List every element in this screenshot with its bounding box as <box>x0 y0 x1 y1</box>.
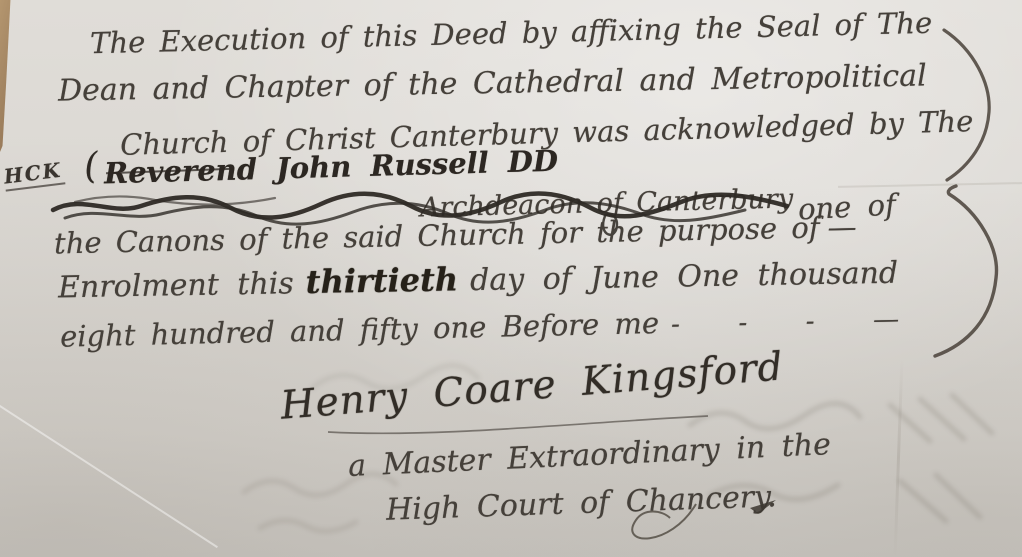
paper-crease-diagonal <box>0 394 218 548</box>
paper-crease-horizontal <box>838 182 1022 188</box>
signature-henry-kingsford: Henry Coare Kingsford <box>279 344 785 428</box>
ink-bleed-through <box>670 385 1015 550</box>
enrolment-before: Enrolment this <box>58 266 294 305</box>
year-text: eight hundred and fifty one Before me <box>60 306 660 354</box>
right-brace-upper <box>930 20 1020 360</box>
paper-crease-vertical <box>894 358 904 557</box>
manuscript-page: The Execution of this Deed by affixing t… <box>0 0 1022 557</box>
title-master-extraordinary: a Master Extraordinary in the <box>347 427 831 484</box>
inserted-word-thirtieth: thirtieth <box>293 260 470 301</box>
line-dean-chapter: Dean and Chapter of the Cathedral and Me… <box>58 58 927 108</box>
trailing-dashes: - - - — <box>659 304 910 340</box>
page-edge-torn-corner <box>0 0 18 152</box>
enrolment-after: day of June One thousand <box>470 256 899 298</box>
line-canons-purpose: the Canons of the said Church for the pu… <box>54 210 861 261</box>
title-high-court-chancery: High Court of Chancery. <box>386 479 778 528</box>
line-year-before-me: eight hundred and fifty one Before me- -… <box>60 300 910 353</box>
right-brace-lower <box>935 186 996 356</box>
line-enrolment-date: Enrolment thisthirtiethday of June One t… <box>58 253 899 306</box>
line-execution: The Execution of this Deed by affixing t… <box>90 6 933 61</box>
pen-flourish: — <box>819 210 861 245</box>
insertion-mark: ( <box>83 146 100 188</box>
margin-initials: HCK <box>3 157 66 191</box>
line-canons-text: the Canons of the said Church for the pu… <box>54 210 820 260</box>
